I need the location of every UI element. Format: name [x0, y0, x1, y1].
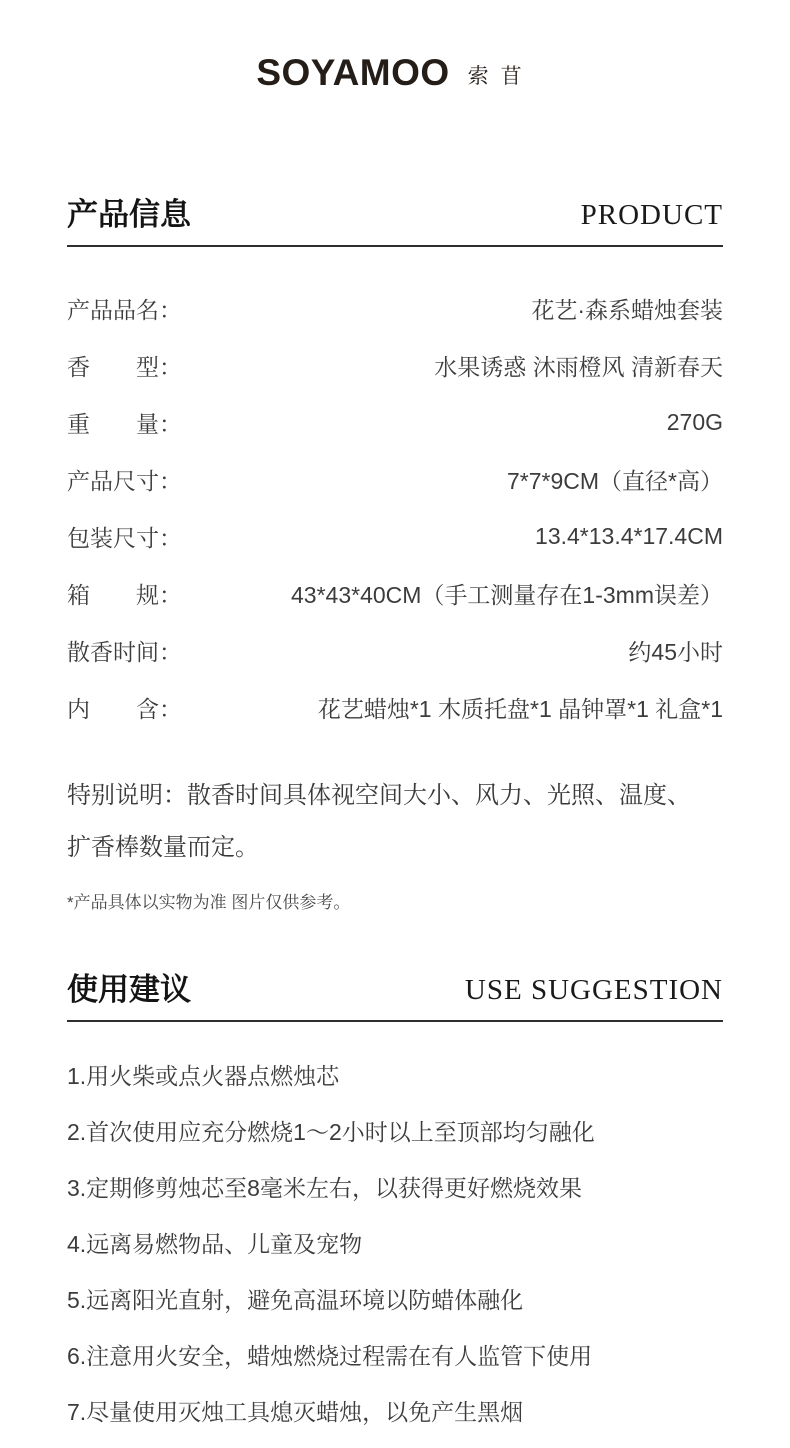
spec-label: 内 含：	[67, 691, 182, 724]
usage-item-6: 6.注意用火安全，蜡烛燃烧过程需在有人监管下使用	[67, 1326, 723, 1382]
usage-item-1: 1.用火柴或点火器点燃烛芯	[67, 1046, 723, 1102]
spec-label: 散香时间：	[67, 634, 182, 667]
spec-value: 水果诱惑 沐雨橙风 清新春天	[434, 349, 723, 382]
special-note-line1: 特别说明：散香时间具体视空间大小、风力、光照、温度、	[67, 770, 723, 822]
special-note: 特别说明：散香时间具体视空间大小、风力、光照、温度、 扩香棒数量而定。	[67, 770, 723, 874]
use-suggestion-title-en: USE SUGGESTION	[465, 975, 723, 1007]
spec-label: 包装尺寸：	[67, 520, 182, 553]
spec-value: 270G	[667, 409, 723, 436]
spec-value: 花艺·森系蜡烛套装	[531, 292, 723, 325]
spec-value: 花艺蜡烛*1 木质托盘*1 晶钟罩*1 礼盒*1	[318, 691, 723, 724]
use-suggestion-title-cn: 使用建议	[67, 973, 191, 1007]
disclaimer: *产品具体以实物为准 图片仅供参考。	[67, 888, 723, 913]
spec-row-contents: 内 含： 花艺蜡烛*1 木质托盘*1 晶钟罩*1 礼盒*1	[67, 679, 723, 736]
spec-row-package-size: 包装尺寸： 13.4*13.4*17.4CM	[67, 508, 723, 565]
brand-logo: SOYAMOO 索苜	[0, 0, 790, 96]
use-suggestion-section: 使用建议 USE SUGGESTION 1.用火柴或点火器点燃烛芯 2.首次使用…	[67, 973, 723, 1438]
spec-label: 箱 规：	[67, 577, 182, 610]
spec-row-product-size: 产品尺寸： 7*7*9CM（直径*高）	[67, 451, 723, 508]
spec-value: 43*43*40CM（手工测量存在1-3mm误差）	[291, 577, 723, 610]
brand-wordmark: SOYAMOO	[256, 52, 449, 94]
spec-table: 产品品名： 花艺·森系蜡烛套装 香 型： 水果诱惑 沐雨橙风 清新春天 重 量：…	[67, 280, 723, 736]
spec-row-scent-duration: 散香时间： 约45小时	[67, 622, 723, 679]
brand-cjk-name: 索苜	[468, 56, 534, 90]
spec-label: 产品尺寸：	[67, 463, 182, 496]
product-info-title-cn: 产品信息	[67, 198, 191, 232]
product-info-header: 产品信息 PRODUCT	[67, 198, 723, 247]
usage-list: 1.用火柴或点火器点燃烛芯 2.首次使用应充分燃烧1～2小时以上至顶部均匀融化 …	[67, 1046, 723, 1438]
usage-item-3: 3.定期修剪烛芯至8毫米左右，以获得更好燃烧效果	[67, 1158, 723, 1214]
usage-item-5: 5.远离阳光直射，避免高温环境以防蜡体融化	[67, 1270, 723, 1326]
usage-item-7: 7.尽量使用灭烛工具熄灭蜡烛，以免产生黑烟	[67, 1382, 723, 1438]
spec-value: 7*7*9CM（直径*高）	[507, 463, 723, 496]
product-info-section: 产品信息 PRODUCT 产品品名： 花艺·森系蜡烛套装 香 型： 水果诱惑 沐…	[67, 198, 723, 913]
spec-label: 香 型：	[67, 349, 182, 382]
spec-row-weight: 重 量： 270G	[67, 394, 723, 451]
spec-value: 13.4*13.4*17.4CM	[535, 523, 723, 550]
spec-label: 产品品名：	[67, 292, 182, 325]
spec-value: 约45小时	[628, 634, 723, 667]
special-note-line2: 扩香棒数量而定。	[67, 822, 723, 874]
spec-row-scent-type: 香 型： 水果诱惑 沐雨橙风 清新春天	[67, 337, 723, 394]
use-suggestion-header: 使用建议 USE SUGGESTION	[67, 973, 723, 1022]
spec-row-product-name: 产品品名： 花艺·森系蜡烛套装	[67, 280, 723, 337]
usage-item-2: 2.首次使用应充分燃烧1～2小时以上至顶部均匀融化	[67, 1102, 723, 1158]
spec-label: 重 量：	[67, 406, 182, 439]
product-info-title-en: PRODUCT	[581, 200, 723, 232]
usage-item-4: 4.远离易燃物品、儿童及宠物	[67, 1214, 723, 1270]
spec-row-carton-size: 箱 规： 43*43*40CM（手工测量存在1-3mm误差）	[67, 565, 723, 622]
